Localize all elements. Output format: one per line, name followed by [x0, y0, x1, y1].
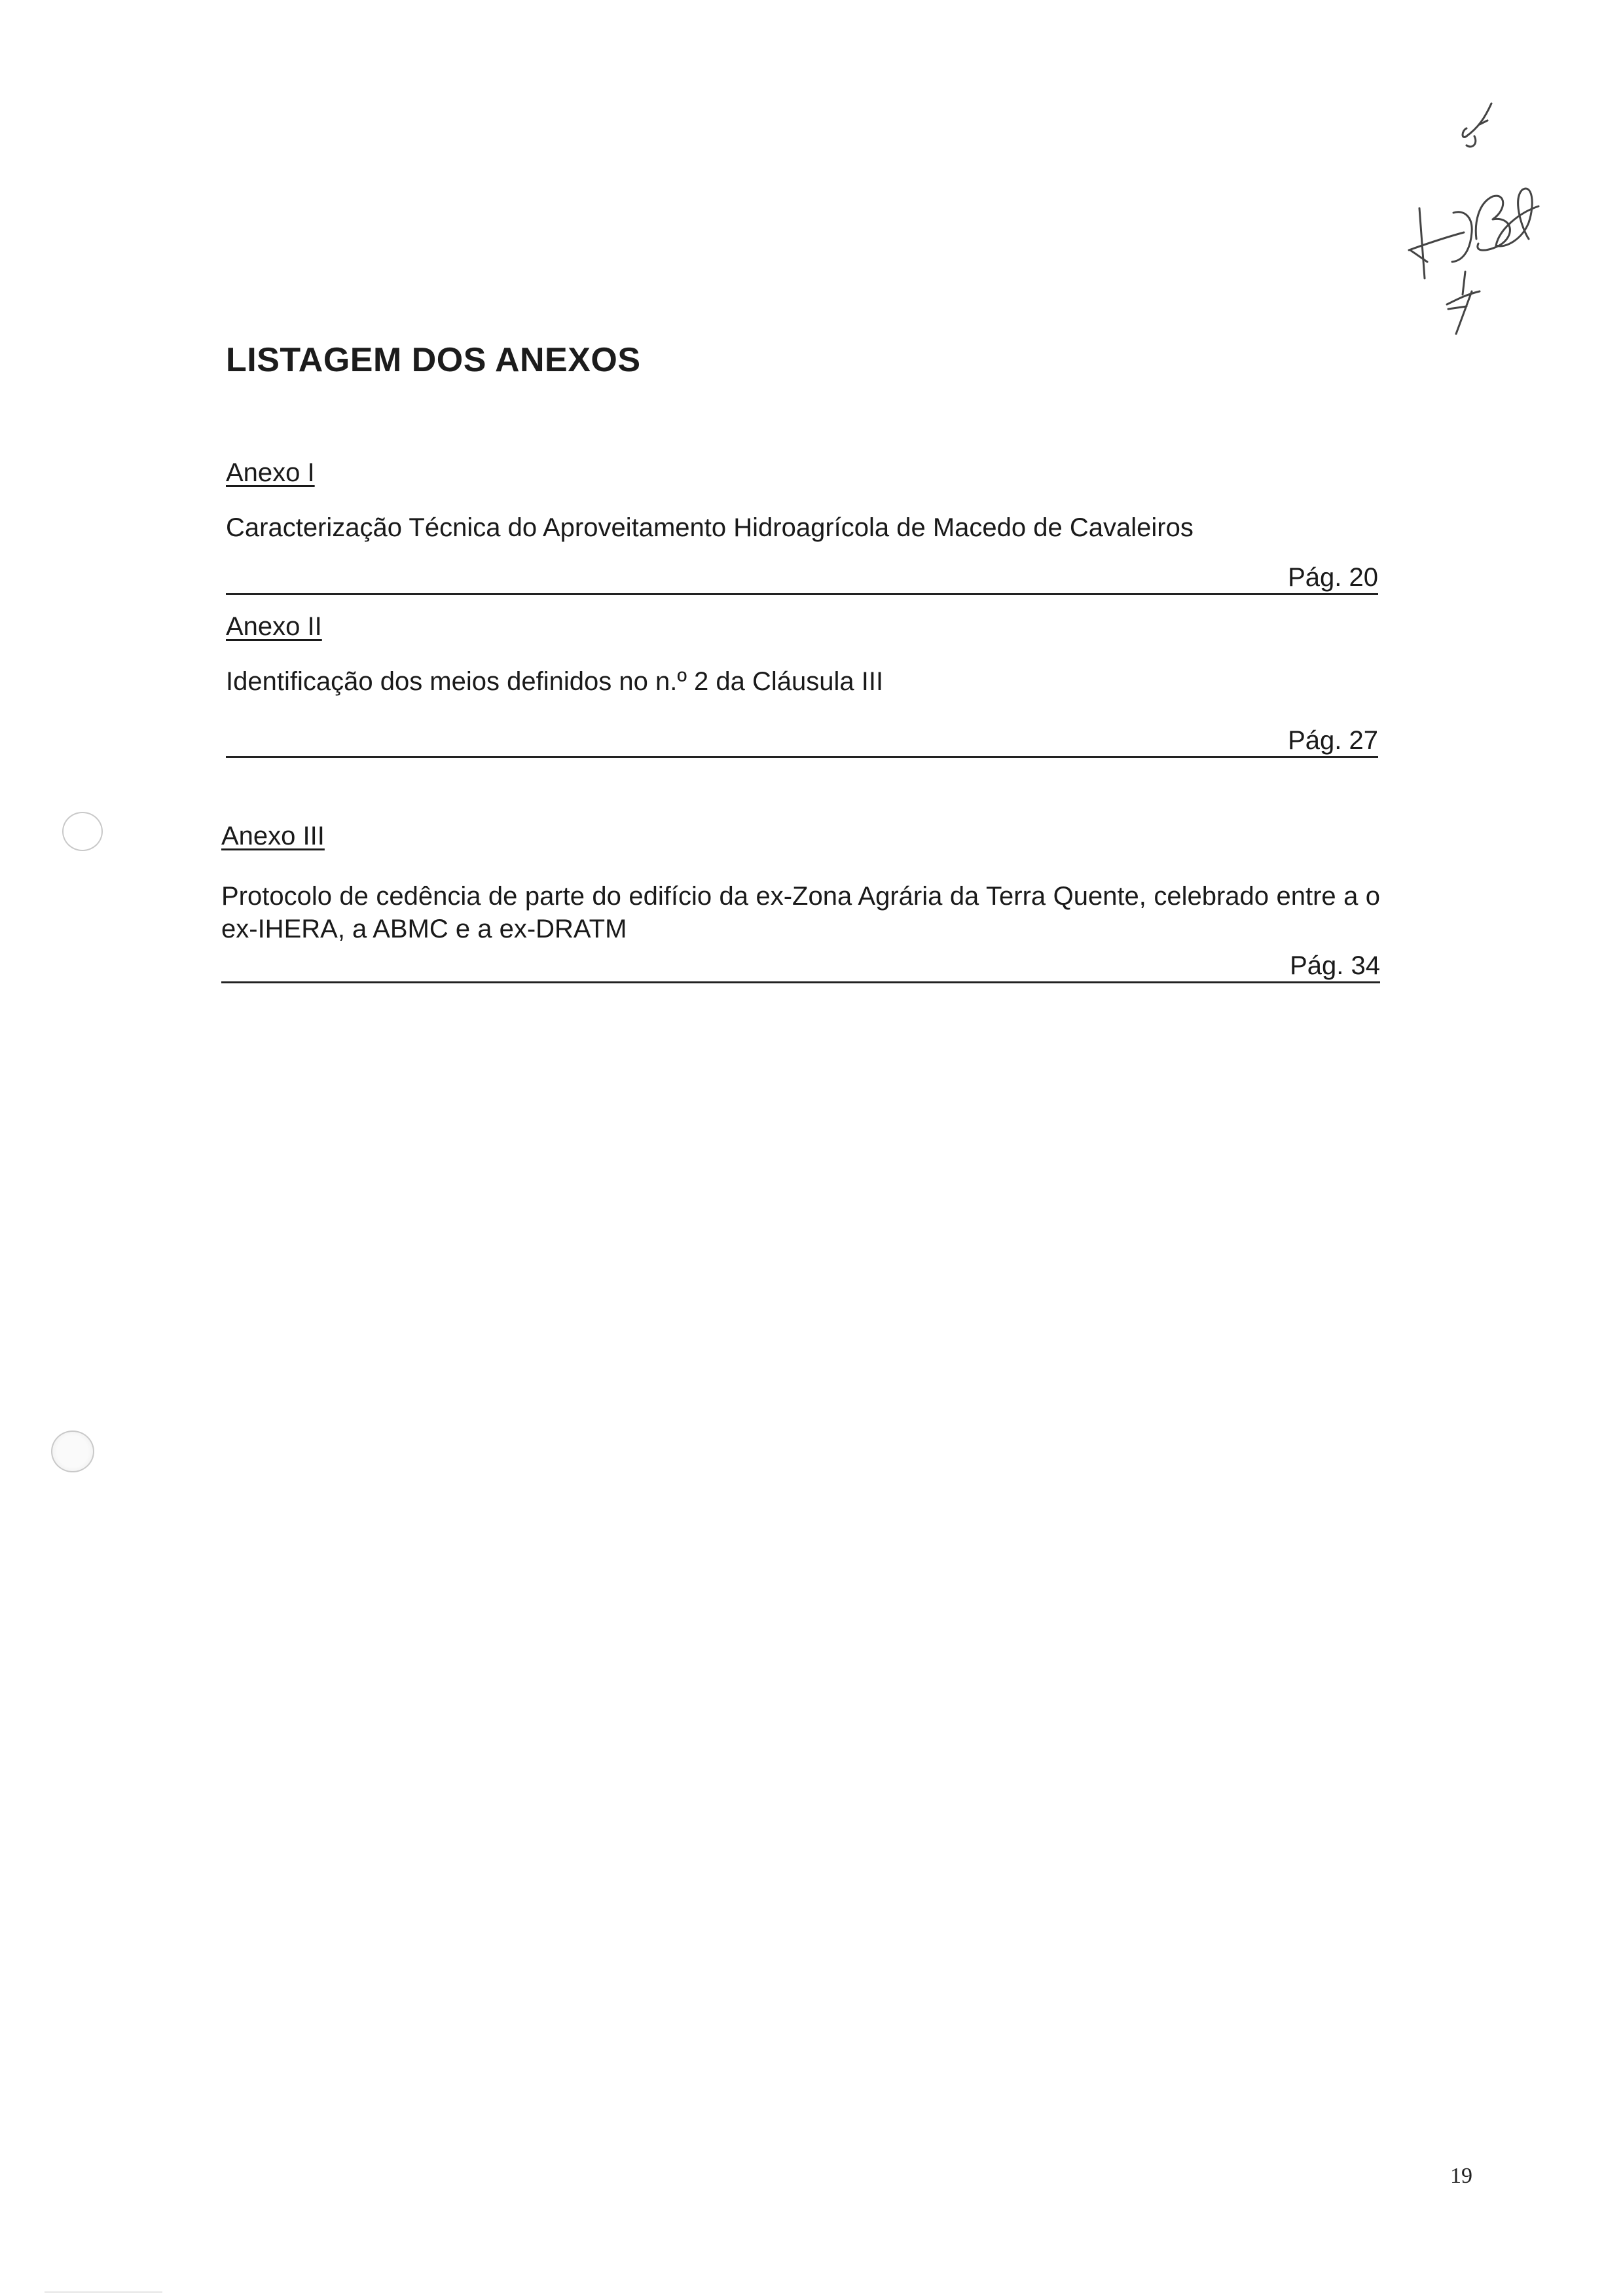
handwritten-signature-icon [1401, 98, 1558, 347]
page-reference-row: Pág. 34 [221, 947, 1380, 983]
annex-label: Anexo III [221, 822, 325, 851]
leader-line [226, 756, 1378, 758]
punch-hole-icon [51, 1430, 94, 1472]
scan-edge-mark [45, 2291, 162, 2293]
page-number: 19 [1450, 2164, 1472, 2189]
annex-description: Caracterização Técnica do Aproveitamento… [226, 511, 1378, 544]
annex-entry-2: Anexo II Identificação dos meios definid… [226, 612, 1378, 758]
annex-description: Protocolo de cedência de parte do edifíc… [221, 880, 1380, 945]
punch-hole-icon [62, 812, 103, 851]
leader-line [221, 981, 1380, 983]
page-reference: Pág. 34 [1290, 951, 1380, 981]
page-reference: Pág. 20 [1288, 563, 1378, 592]
annex-description: Identificação dos meios definidos no n.º… [226, 665, 1378, 698]
page-title: LISTAGEM DOS ANEXOS [226, 340, 641, 380]
annex-label: Anexo I [226, 458, 315, 488]
page-reference: Pág. 27 [1288, 726, 1378, 756]
leader-line [226, 593, 1378, 595]
annex-label: Anexo II [226, 612, 322, 642]
annex-entry-3: Anexo III Protocolo de cedência de parte… [221, 822, 1380, 983]
page-reference-row: Pág. 20 [226, 558, 1378, 595]
page-reference-row: Pág. 27 [226, 721, 1378, 758]
annex-entry-1: Anexo I Caracterização Técnica do Aprove… [226, 458, 1378, 595]
